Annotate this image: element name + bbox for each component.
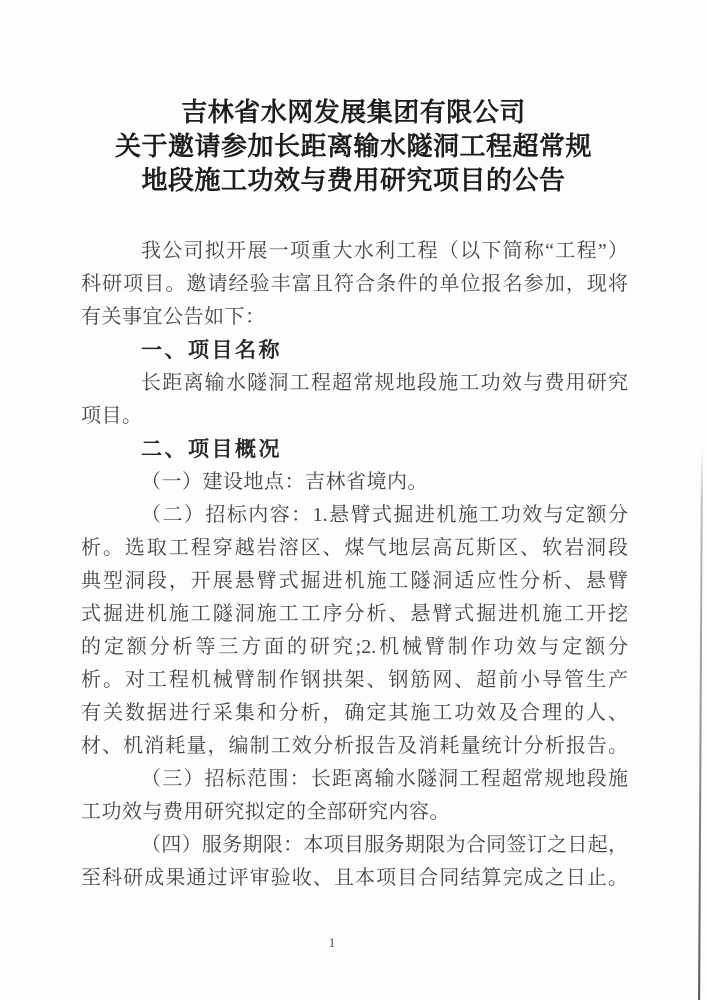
body-line: 我公司拟开展一项重大水利工程（以下简称“工程”）	[81, 235, 628, 268]
document-title: 吉林省水网发展集团有限公司 关于邀请参加长距离输水隧洞工程超常规 地段施工功效与…	[0, 96, 707, 198]
section-heading-1: 一、项目名称	[81, 334, 628, 367]
section-heading-2: 二、项目概况	[81, 433, 628, 466]
body-line: （二）招标内容：1.悬臂式掘进机施工功效与定额分	[81, 499, 628, 532]
body-line: 式掘进机施工隧洞施工工序分析、悬臂式掘进机施工开挖	[81, 598, 628, 631]
body-line: 至科研成果通过评审验收、且本项目合同结算完成之日止。	[81, 862, 628, 895]
title-line-subject-1: 关于邀请参加长距离输水隧洞工程超常规	[0, 130, 707, 164]
body-line: 有关数据进行采集和分析，确定其施工功效及合理的人、	[81, 697, 628, 730]
body-line: 科研项目。邀请经验丰富且符合条件的单位报名参加，现将	[81, 268, 628, 301]
body-line: 典型洞段，开展悬臂式掘进机施工隧洞适应性分析、悬臂	[81, 565, 628, 598]
body-line: 项目。	[81, 400, 628, 433]
body-line: 工功效与费用研究拟定的全部研究内容。	[81, 796, 628, 829]
body-line: （一）建设地点：吉林省境内。	[81, 466, 628, 499]
body-line: 长距离输水隧洞工程超常规地段施工功效与费用研究	[81, 367, 628, 400]
body-line: 析。选取工程穿越岩溶区、煤气地层高瓦斯区、软岩洞段	[81, 532, 628, 565]
body-line: 的定额分析等三方面的研究;2.机械臂制作功效与定额分	[81, 631, 628, 664]
body-line: 析。对工程机械臂制作钢拱架、钢筋网、超前小导管生产	[81, 664, 628, 697]
body-line: （四）服务期限：本项目服务期限为合同签订之日起，	[81, 829, 628, 862]
body-line: 材、机消耗量，编制工效分析报告及消耗量统计分析报告。	[81, 730, 628, 763]
paper-edge-scan-artifact	[698, 448, 703, 1000]
body-line: 有关事宜公告如下：	[81, 301, 628, 334]
page-number: 1	[0, 935, 664, 951]
document-body: 我公司拟开展一项重大水利工程（以下简称“工程”） 科研项目。邀请经验丰富且符合条…	[81, 235, 628, 895]
scanned-document-page: 吉林省水网发展集团有限公司 关于邀请参加长距离输水隧洞工程超常规 地段施工功效与…	[0, 0, 707, 1000]
title-line-subject-2: 地段施工功效与费用研究项目的公告	[0, 164, 707, 198]
body-line: （三）招标范围：长距离输水隧洞工程超常规地段施	[81, 763, 628, 796]
title-line-company: 吉林省水网发展集团有限公司	[0, 96, 707, 130]
